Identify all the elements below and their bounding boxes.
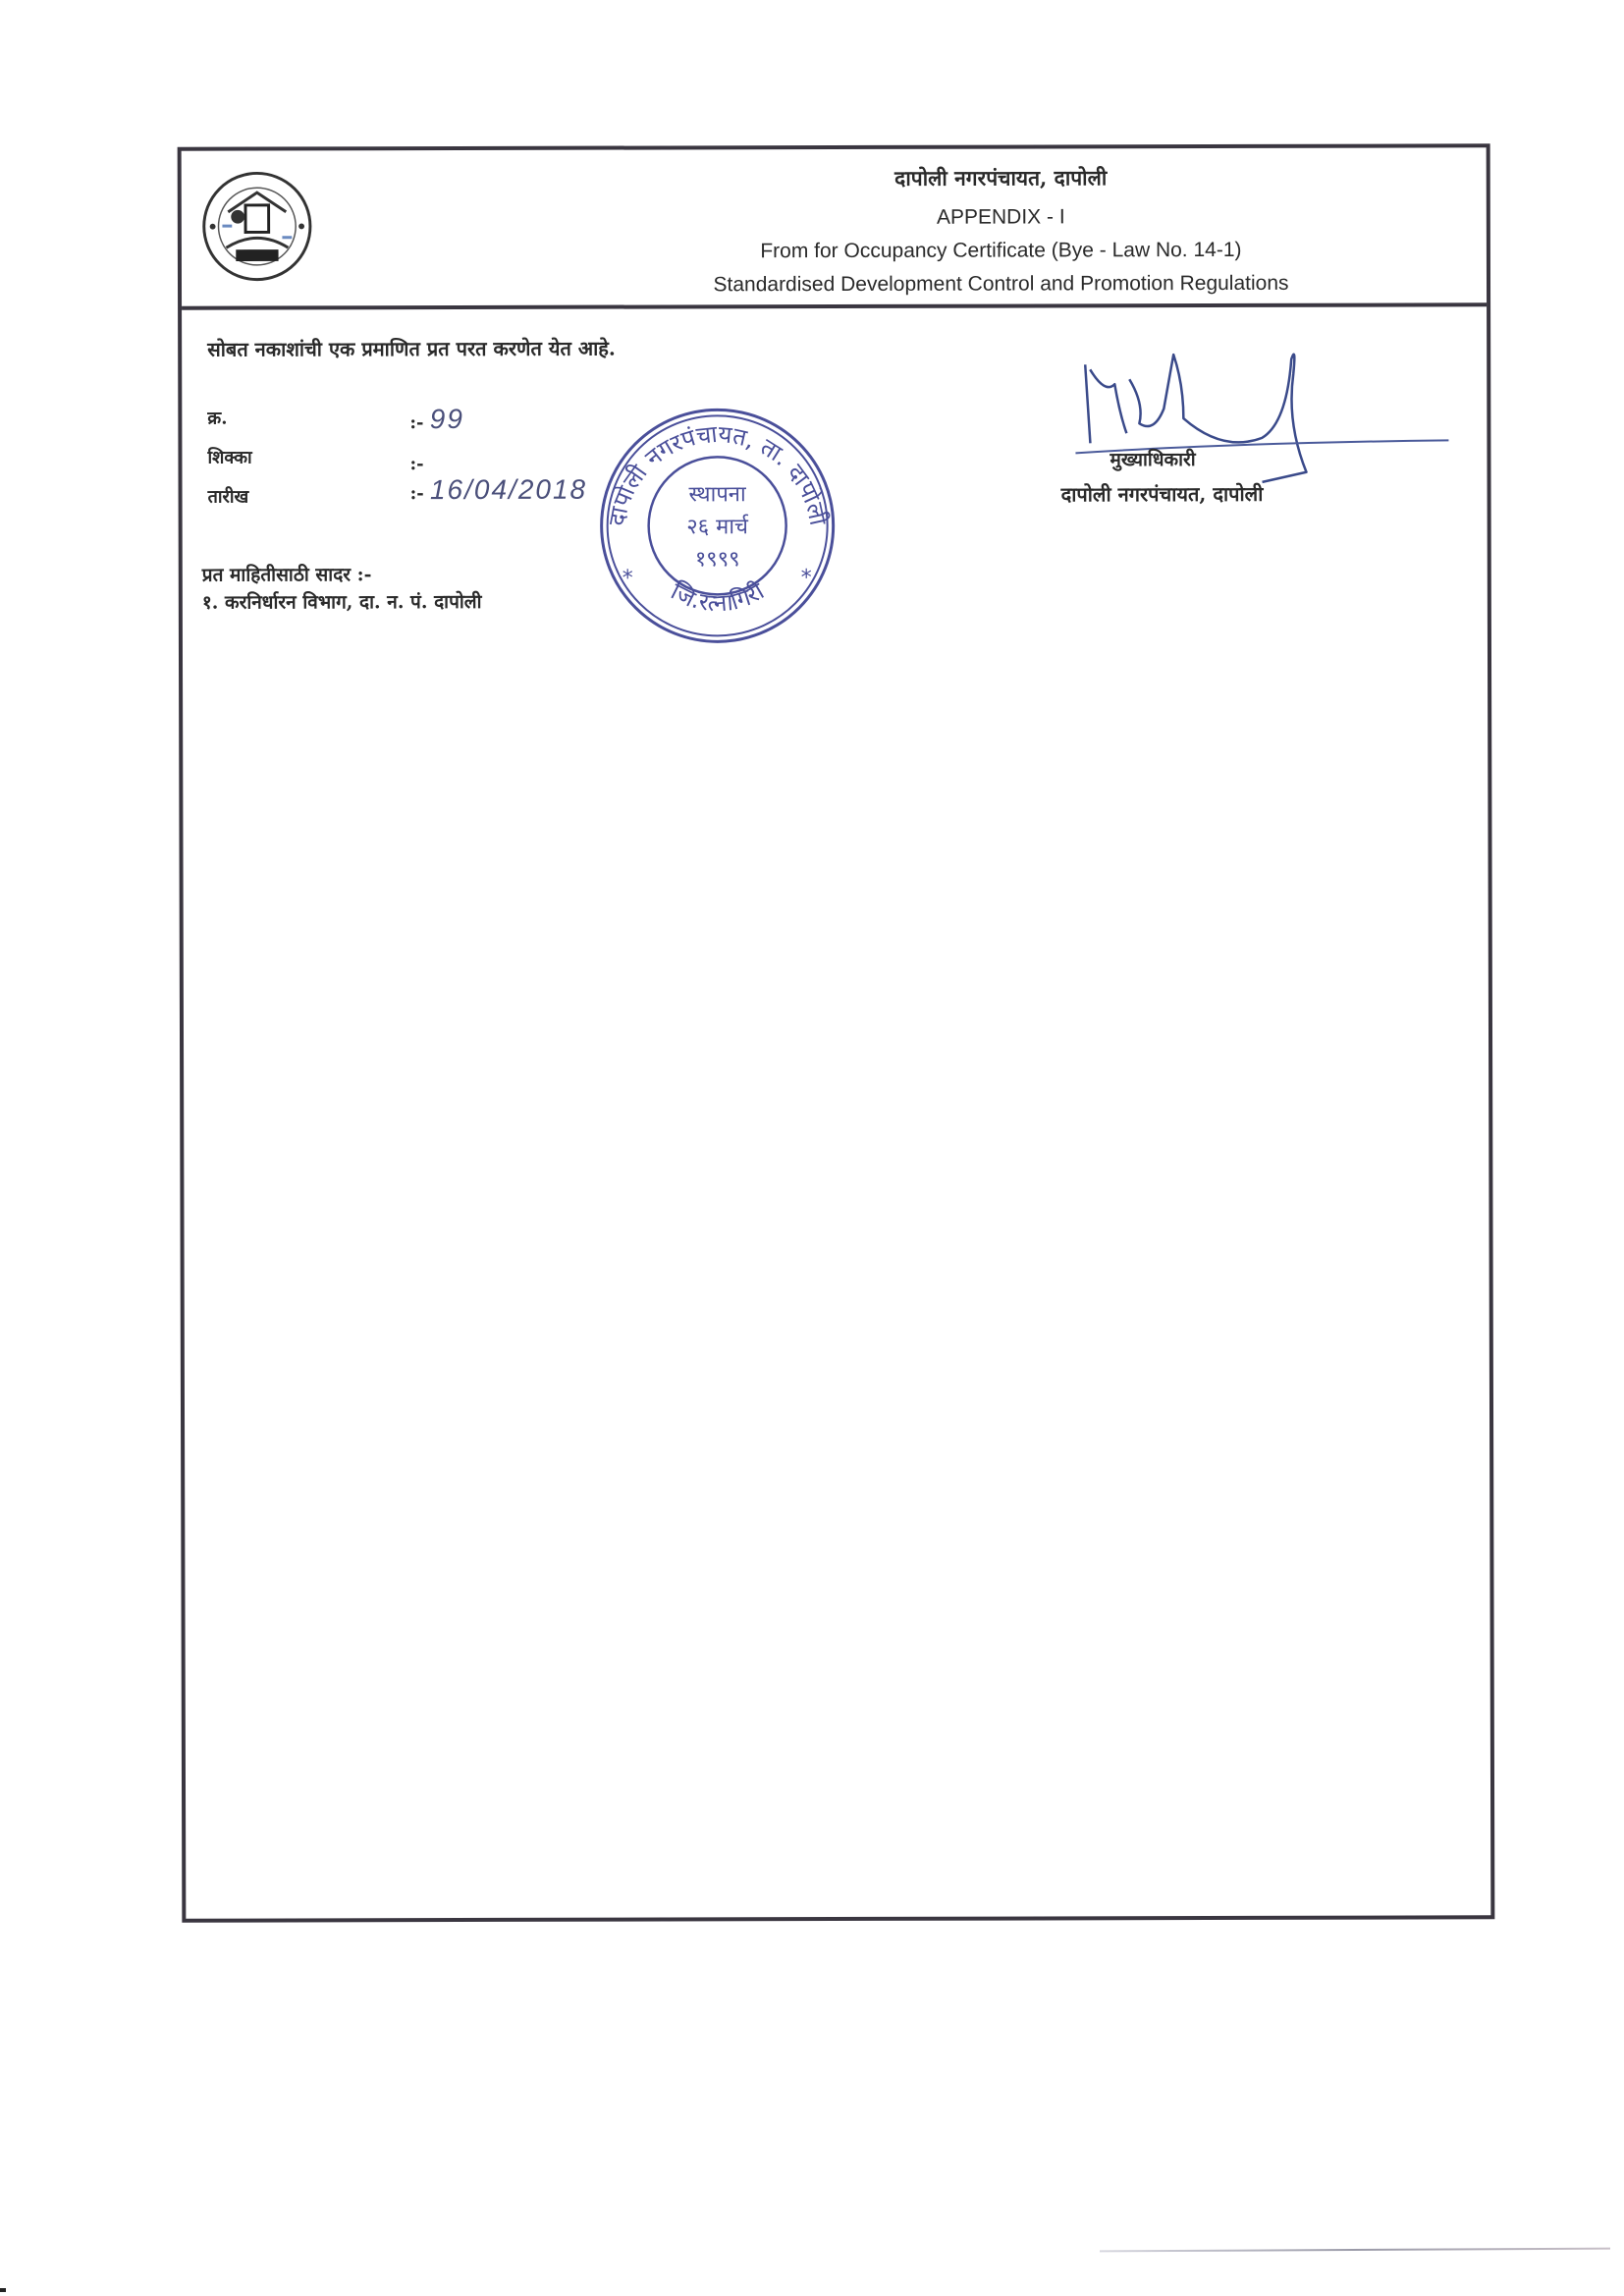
field-number: :- 99 [409, 404, 464, 435]
svg-text:जि.रत्नागिरी: जि.रत्नागिरी [667, 576, 770, 617]
svg-text:१९९९: १९९९ [695, 547, 740, 572]
form-title: From for Occupancy Certificate (Bye - La… [515, 238, 1487, 264]
field-number-label: क्र. [207, 407, 227, 430]
scan-artifact-mark [0, 2288, 6, 2292]
separator: :- [409, 454, 423, 474]
official-seal-icon: दापोली नगरपंचायत, ता. दापोली जि.रत्नागिर… [594, 403, 840, 649]
signatory-title: मुख्याधिकारी [1110, 446, 1195, 471]
municipal-emblem-icon [199, 168, 315, 284]
document-header: दापोली नगरपंचायत, दापोली APPENDIX - I Fr… [182, 147, 1487, 309]
svg-text:दापोली नगरपंचायत, ता. दापोली: दापोली नगरपंचायत, ता. दापोली [603, 419, 833, 528]
copy-label: प्रत माहितीसाठी सादर :- [202, 561, 372, 586]
svg-text:*: * [801, 566, 812, 590]
svg-text:२६ मार्च: २६ मार्च [686, 514, 749, 539]
signature-icon [1036, 324, 1458, 502]
field-date-label: तारीख [208, 485, 249, 509]
copy-item: १. करनिर्धारन विभाग, दा. न. पं. दापोली [202, 588, 482, 615]
scan-artifact-line [1100, 2248, 1610, 2253]
document-frame: दापोली नगरपंचायत, दापोली APPENDIX - I Fr… [178, 143, 1495, 1922]
svg-text:स्थापना: स्थापना [688, 482, 746, 507]
org-name: दापोली नगरपंचायत, दापोली [515, 163, 1487, 193]
field-date-value: 16/04/2018 [430, 474, 587, 505]
intro-text: सोबत नकाशांची एक प्रमाणित प्रत परत करणेत… [207, 335, 616, 362]
separator: :- [410, 483, 424, 504]
field-date: :- 16/04/2018 [410, 474, 588, 506]
field-stamp-label: शिक्का [207, 446, 251, 469]
svg-text:*: * [623, 567, 633, 591]
separator: :- [409, 412, 423, 433]
regulations-title: Standardised Development Control and Pro… [515, 271, 1487, 298]
appendix-title: APPENDIX - I [515, 204, 1487, 231]
signatory-organization: दापोली नगरपंचायत, दापोली [1061, 480, 1264, 508]
field-stamp: :- [409, 445, 423, 476]
field-number-value: 99 [430, 404, 464, 434]
